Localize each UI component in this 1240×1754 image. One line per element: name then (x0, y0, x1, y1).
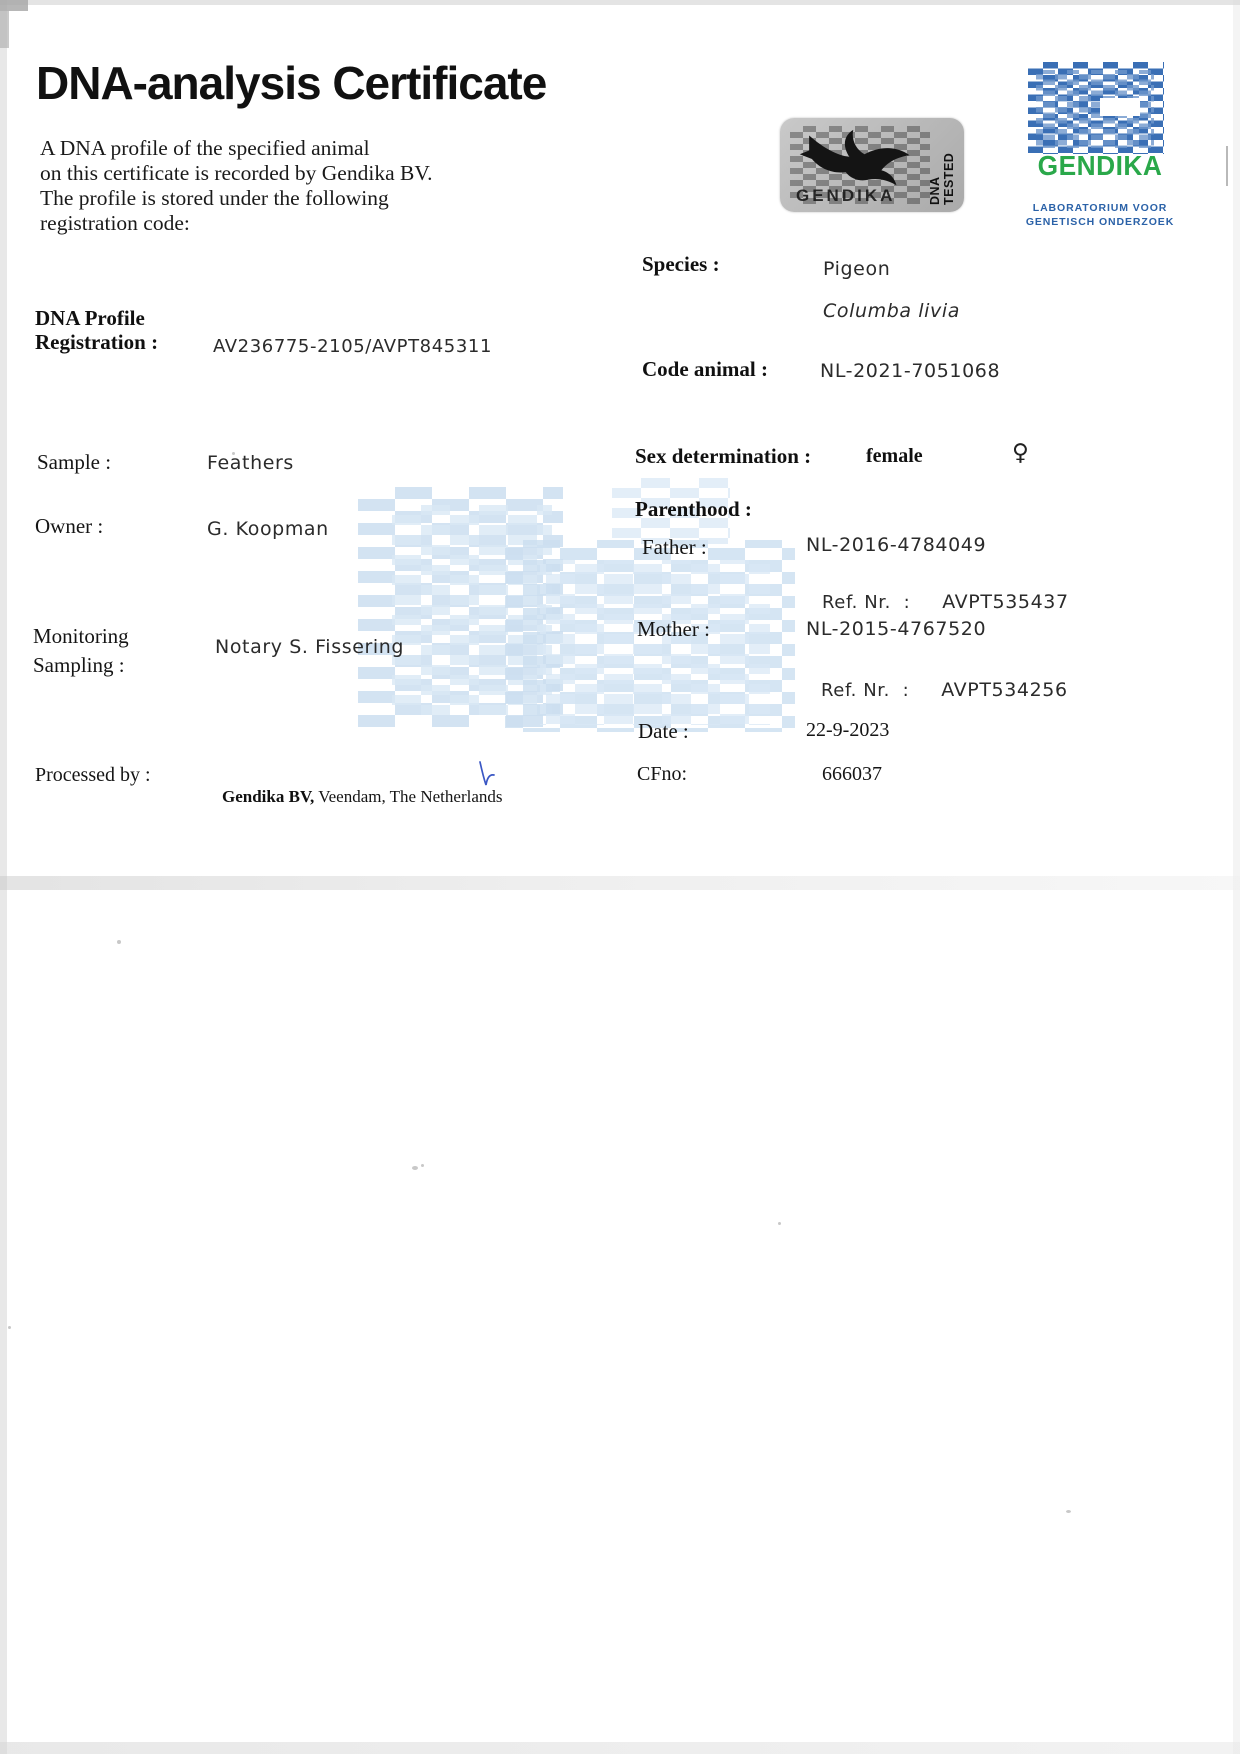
dna-tested-vertical-label: DNA TESTED (928, 125, 956, 205)
gendika-subtitle: LABORATORIUM VOOR GENETISCH ONDERZOEK (1008, 202, 1192, 229)
processed-by-value: Gendika BV, Veendam, The Netherlands (205, 767, 503, 827)
mother-value: NL-2015-4767520 (806, 618, 986, 640)
date-label: Date : (638, 719, 689, 744)
code-animal-label: Code animal : (642, 357, 768, 382)
certificate-page: DNA-analysis Certificate A DNA profile o… (0, 0, 1240, 1754)
gendika-subtitle-line: GENETISCH ONDERZOEK (1008, 216, 1192, 230)
sampling-label: Sampling : (33, 651, 129, 680)
monitoring-sampling: Monitoring Sampling : (33, 622, 129, 680)
intro-line: on this certificate is recorded by Gendi… (40, 161, 500, 186)
father-value: NL-2016-4784049 (806, 534, 986, 556)
scan-speck (117, 940, 121, 944)
gendika-brand: GENDIKA (1014, 150, 1187, 182)
dna-tested-stamp: GENDIKA DNA TESTED (780, 118, 964, 212)
sex-value: female (866, 445, 923, 468)
cfno-value: 666037 (822, 763, 882, 786)
scan-corner-mark2 (0, 10, 9, 48)
scan-speck (778, 1222, 781, 1225)
species-value: Pigeon (823, 258, 890, 280)
sex-determination-label: Sex determination : (635, 444, 811, 469)
owner-label: Owner : (35, 514, 103, 539)
processed-by-company: Gendika BV, (222, 787, 314, 806)
intro-line: registration code: (40, 211, 500, 236)
parenthood-label: Parenthood : (635, 497, 752, 522)
certificate-title: DNA-analysis Certificate (36, 56, 546, 110)
father-label: Father : (642, 535, 707, 560)
cfno-label: CFno: (637, 763, 687, 786)
mother-ref-row: Ref. Nr. :AVPT534256 (805, 661, 1068, 719)
bird-icon (796, 126, 918, 192)
owner-value: G. Koopman (207, 518, 329, 540)
registration-value: AV236775-2105/AVPT845311 (213, 336, 492, 357)
dna-gel-watermark (540, 560, 770, 725)
sample-value: Feathers (207, 452, 294, 474)
processed-by-location: Veendam, The Netherlands (314, 787, 502, 806)
scan-speck (1066, 1510, 1071, 1513)
scan-bottom-edge (0, 1742, 1240, 1754)
dna-profile-registration: DNA Profile Registration : (35, 306, 158, 354)
species-label: Species : (642, 252, 720, 277)
code-animal-value: NL-2021-7051068 (820, 360, 1000, 382)
mother-ref-value: AVPT534256 (941, 679, 1067, 701)
scan-speck (421, 1164, 424, 1167)
intro-line: A DNA profile of the specified animal (40, 136, 500, 161)
mother-ref-label: Ref. Nr. : (821, 680, 909, 701)
monitoring-value: Notary S. Fissering (215, 636, 404, 658)
father-ref-value: AVPT535437 (942, 591, 1068, 613)
stamp-brand-label: GENDIKA (796, 186, 895, 206)
scan-line-artifact (1226, 146, 1228, 186)
species-latin-value: Columba livia (823, 300, 960, 322)
date-value: 22-9-2023 (806, 719, 889, 742)
dna-profile-label: DNA Profile (35, 306, 158, 330)
logo-g-counter (1100, 98, 1140, 116)
female-symbol: ♀ (1012, 440, 1029, 466)
father-ref-label: Ref. Nr. : (822, 592, 910, 613)
scan-band (0, 876, 1240, 890)
scan-speck (232, 452, 235, 455)
intro-line: The profile is stored under the followin… (40, 186, 500, 211)
mother-label: Mother : (637, 617, 710, 642)
gendika-subtitle-line: LABORATORIUM VOOR (1008, 202, 1192, 216)
monitoring-label: Monitoring (33, 622, 129, 651)
intro-text: A DNA profile of the specified animal on… (40, 136, 500, 236)
scan-speck (412, 1166, 418, 1170)
scan-speck (8, 1326, 11, 1329)
processed-by-label: Processed by : (35, 764, 151, 787)
registration-label: Registration : (35, 330, 158, 354)
sample-label: Sample : (37, 450, 111, 475)
pen-mark (476, 760, 498, 792)
scan-top-edge (0, 0, 1240, 5)
